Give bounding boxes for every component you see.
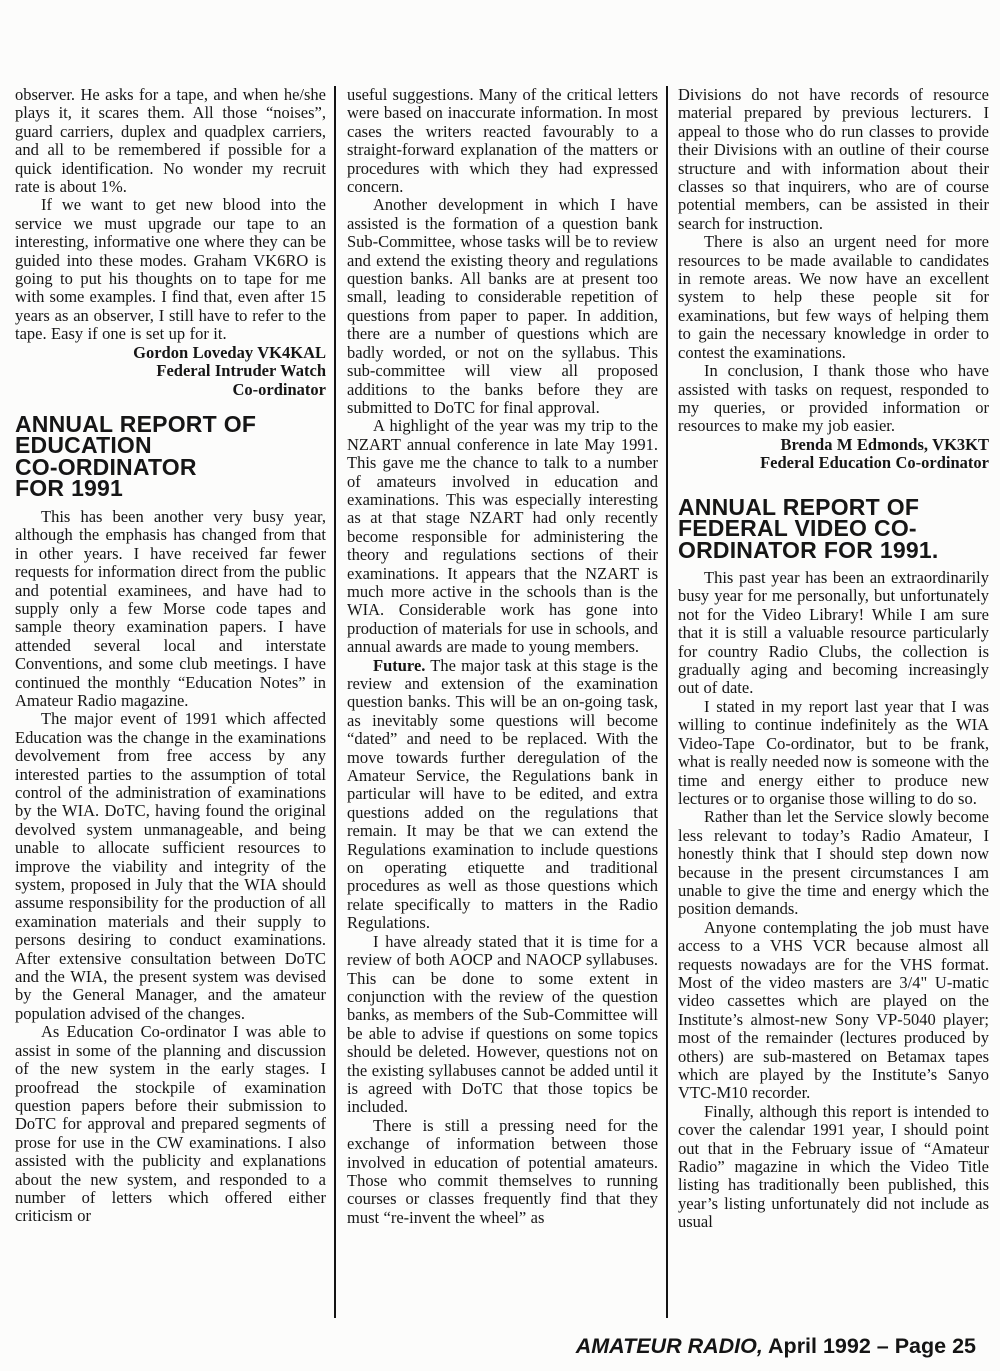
page-footer: AMATEUR RADIO, April 1992 – Page 25	[576, 1334, 976, 1359]
paragraph: useful suggestions. Many of the critical…	[347, 86, 658, 196]
signature-line: Federal Education Co-ordinator	[678, 454, 989, 472]
signature-line: Brenda M Edmonds, VK3KT	[678, 436, 989, 454]
paragraph: Anyone contemplating the job must have a…	[678, 919, 989, 1103]
paragraph: Another development in which I have assi…	[347, 196, 658, 417]
paragraph: Future. The major task at this stage is …	[347, 657, 658, 933]
signature-line: Co-ordinator	[15, 381, 326, 399]
magazine-page: observer. He asks for a tape, and when h…	[0, 0, 1000, 1371]
column-3: Divisions do not have records of resourc…	[678, 86, 989, 1320]
paragraph: I have already stated that it is time fo…	[347, 933, 658, 1117]
signature-line: Federal Intruder Watch	[15, 362, 326, 380]
paragraph: observer. He asks for a tape, and when h…	[15, 86, 326, 196]
heading-line: FOR 1991	[15, 478, 326, 500]
magazine-title: AMATEUR RADIO,	[576, 1334, 763, 1358]
paragraph-lead-future: Future.	[373, 656, 425, 675]
paragraph: Rather than let the Service slowly becom…	[678, 808, 989, 918]
column-1: observer. He asks for a tape, and when h…	[15, 86, 326, 1320]
paragraph: The major event of 1991 which affected E…	[15, 710, 326, 1023]
paragraph: This past year has been an extraordinari…	[678, 569, 989, 698]
paragraph: There is still a pressing need for the e…	[347, 1117, 658, 1227]
signature-block: Gordon Loveday VK4KAL Federal Intruder W…	[15, 344, 326, 399]
paragraph-text: The major task at this stage is the revi…	[347, 656, 658, 933]
paragraph: This has been another very busy year, al…	[15, 508, 326, 710]
paragraph: There is also an urgent need for more re…	[678, 233, 989, 362]
article-heading-education-report: ANNUAL REPORT OF EDUCATION CO-ORDINATOR …	[15, 414, 326, 500]
paragraph: If we want to get new blood into the ser…	[15, 196, 326, 343]
issue-info: April 1992 – Page 25	[768, 1334, 976, 1358]
signature-block: Brenda M Edmonds, VK3KT Federal Educatio…	[678, 436, 989, 473]
signature-line: Gordon Loveday VK4KAL	[15, 344, 326, 362]
column-2: useful suggestions. Many of the critical…	[347, 86, 658, 1320]
paragraph: As Education Co-ordinator I was able to …	[15, 1023, 326, 1225]
column-divider	[666, 86, 668, 1318]
paragraph: A highlight of the year was my trip to t…	[347, 417, 658, 656]
paragraph: In conclusion, I thank those who have as…	[678, 362, 989, 436]
article-heading-video-report: ANNUAL REPORT OF FEDERAL VIDEO CO- ORDIN…	[678, 497, 989, 562]
column-divider	[334, 86, 336, 1318]
paragraph: Divisions do not have records of resourc…	[678, 86, 989, 233]
paragraph: Finally, although this report is intende…	[678, 1103, 989, 1232]
paragraph: I stated in my report last year that I w…	[678, 698, 989, 808]
heading-line: ORDINATOR FOR 1991.	[678, 540, 989, 562]
